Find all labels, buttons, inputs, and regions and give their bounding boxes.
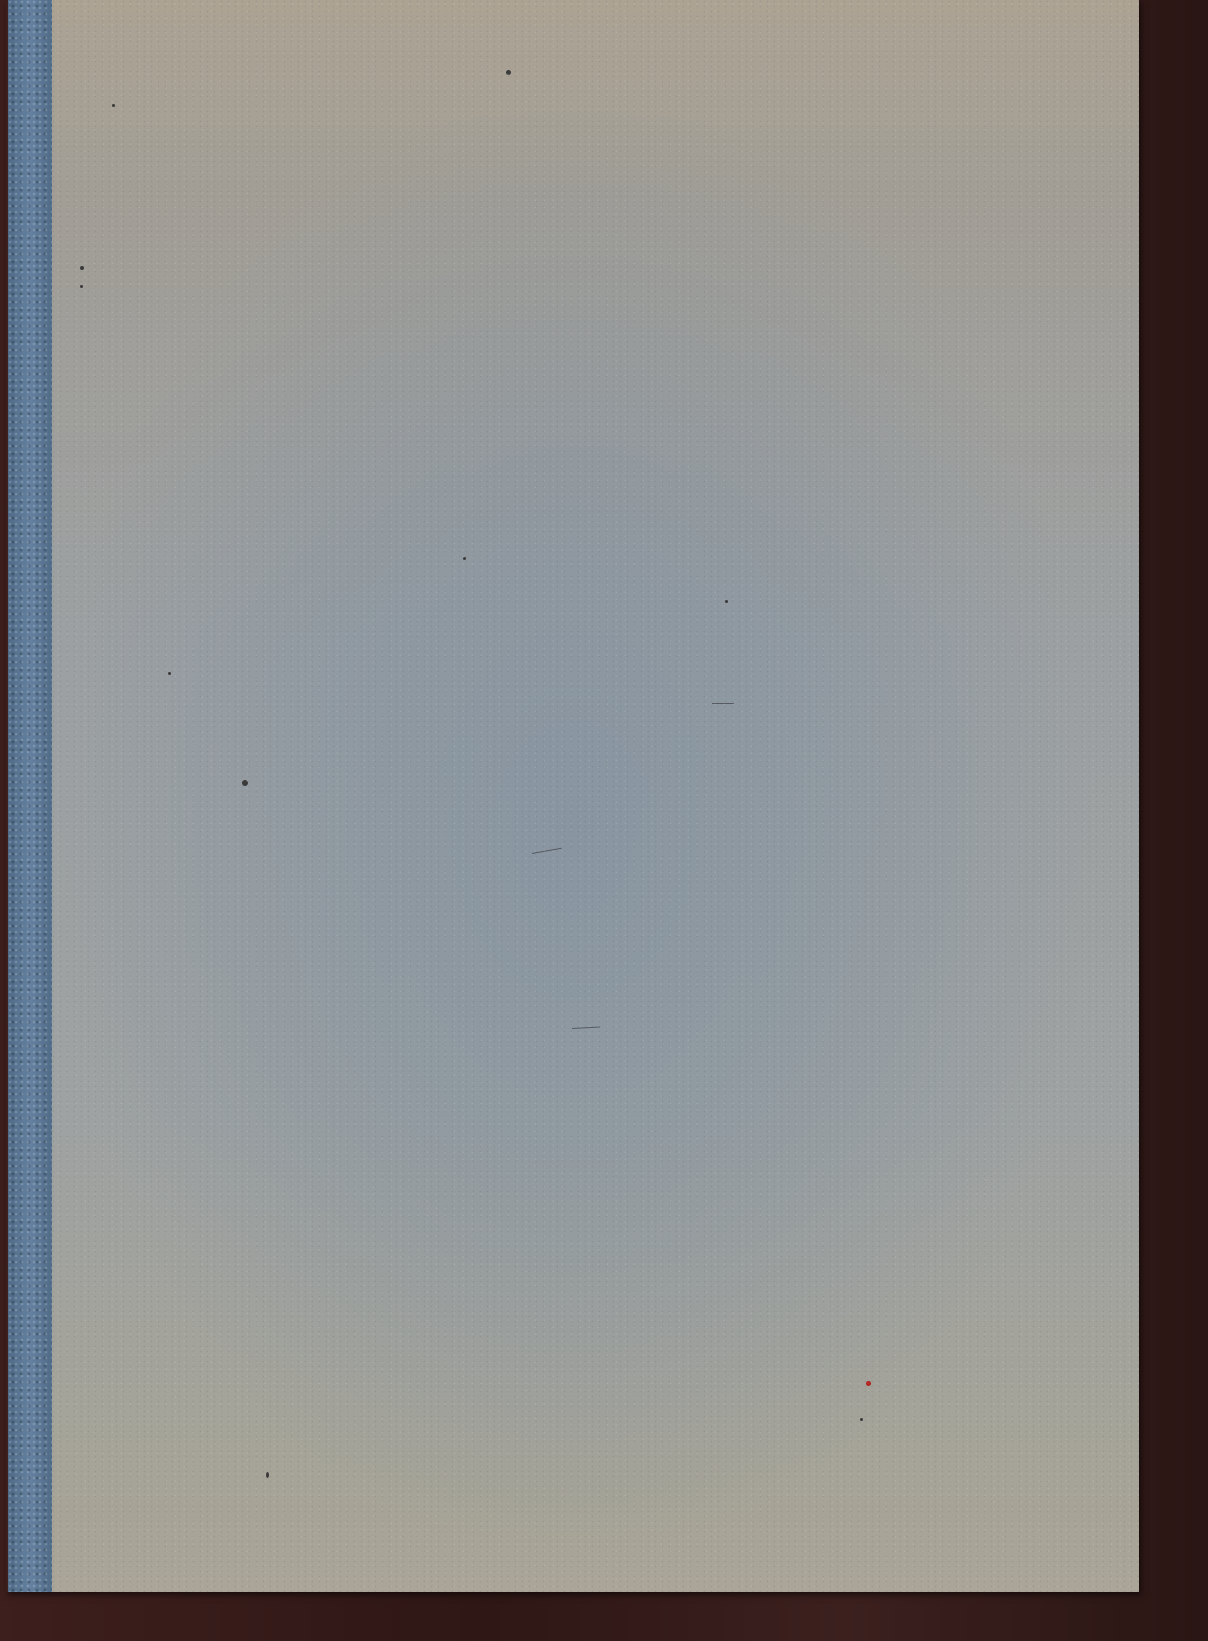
paper-fiber bbox=[572, 1027, 600, 1029]
paper-speck bbox=[80, 285, 83, 288]
paper-speck bbox=[168, 672, 171, 675]
book bbox=[6, 0, 1139, 1592]
paper-speck bbox=[506, 70, 511, 75]
paper-speck bbox=[80, 266, 84, 270]
paper-fiber bbox=[532, 848, 562, 854]
paper-fiber bbox=[712, 703, 734, 704]
book-spine-cloth bbox=[8, 0, 53, 1592]
book-cover-paper bbox=[52, 0, 1139, 1592]
paper-speck bbox=[266, 1472, 269, 1478]
paper-speck bbox=[725, 600, 728, 603]
paper-speck bbox=[242, 780, 248, 786]
paper-speck bbox=[860, 1418, 863, 1421]
paper-speck bbox=[463, 557, 466, 560]
red-ink-dot bbox=[866, 1381, 871, 1386]
paper-speck bbox=[112, 104, 115, 107]
photo-scene bbox=[0, 0, 1208, 1641]
